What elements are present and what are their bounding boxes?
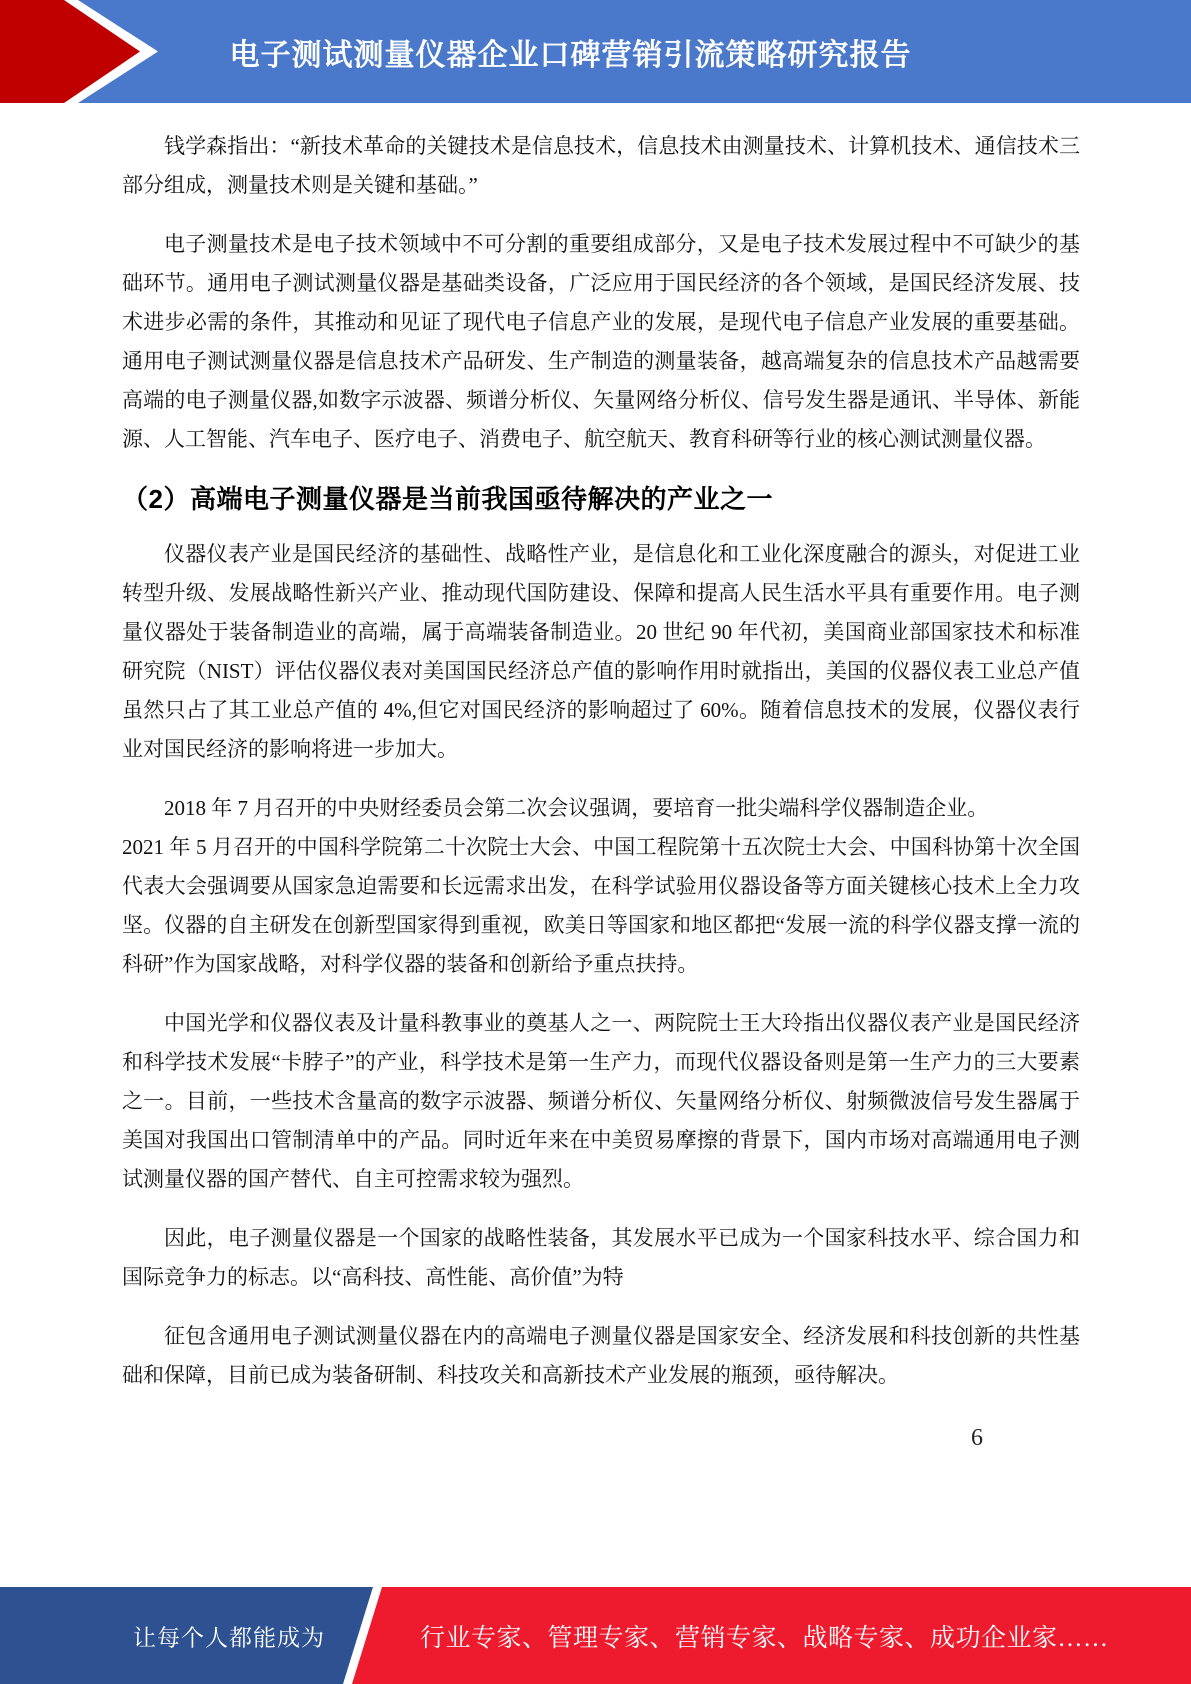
footer-slogan-left: 让每个人都能成为 [133, 1619, 325, 1652]
page-number: 6 [971, 1424, 983, 1452]
paragraph-industry: 仪器仪表产业是国民经济的基础性、战略性产业，是信息化和工业化深度融合的源头，对促… [122, 535, 1080, 769]
paragraph-overview: 电子测量技术是电子技术领域中不可分割的重要组成部分，又是电子技术发展过程中不可缺… [122, 225, 1080, 459]
paragraph-policy-2021: 2021 年 5 月召开的中国科学院第二十次院士大会、中国工程院第十五次院士大会… [122, 828, 1080, 984]
footer-banner: 让每个人都能成为 行业专家、管理专家、营销专家、战略专家、成功企业家…… [0, 1587, 1191, 1684]
paragraph-conclusion: 征包含通用电子测试测量仪器在内的高端电子测量仪器是国家安全、经济发展和科技创新的… [122, 1317, 1080, 1395]
footer-slogan-right: 行业专家、管理专家、营销专家、战略专家、成功企业家…… [420, 1618, 1109, 1654]
paragraph-expert: 中国光学和仪器仪表及计量科教事业的奠基人之一、两院院士王大玲指出仪器仪表产业是国… [122, 1004, 1080, 1199]
paragraph-policy-2018: 2018 年 7 月召开的中央财经委员会第二次会议强调，要培育一批尖端科学仪器制… [122, 789, 1080, 828]
paragraph-strategic: 因此，电子测量仪器是一个国家的战略性装备，其发展水平已成为一个国家科技水平、综合… [122, 1219, 1080, 1297]
report-page: 电子测试测量仪器企业口碑营销引流策略研究报告 钱学森指出：“新技术革命的关键技术… [0, 0, 1191, 1684]
header-banner: 电子测试测量仪器企业口碑营销引流策略研究报告 [0, 0, 1191, 103]
red-chevron-icon [0, 0, 140, 103]
paragraph-quote: 钱学森指出：“新技术革命的关键技术是信息技术，信息技术由测量技术、计算机技术、通… [122, 127, 1080, 205]
report-title: 电子测试测量仪器企业口碑营销引流策略研究报告 [120, 0, 1021, 103]
section-heading: （2）高端电子测量仪器是当前我国亟待解决的产业之一 [122, 481, 1080, 517]
body-content: 钱学森指出：“新技术革命的关键技术是信息技术，信息技术由测量技术、计算机技术、通… [122, 103, 1080, 1415]
